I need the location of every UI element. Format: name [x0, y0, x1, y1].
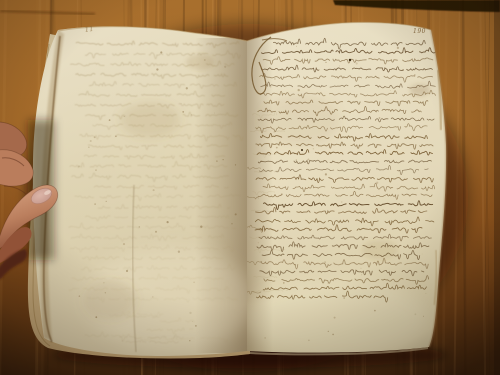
manuscript-photo-canvas: 190 11	[0, 0, 500, 375]
photo-of-manuscript: 190 11	[0, 0, 500, 375]
vignette	[0, 0, 500, 375]
